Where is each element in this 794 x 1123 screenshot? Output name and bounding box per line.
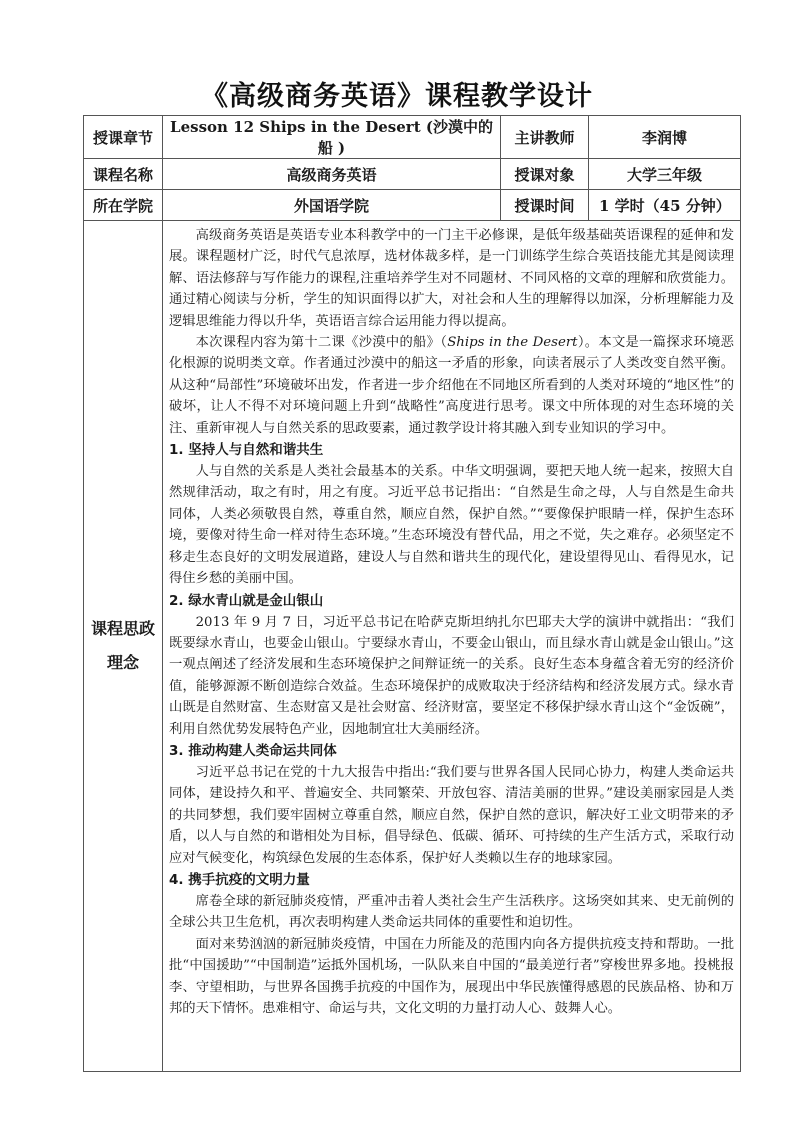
intro-paragraph-2: 本次课程内容为第十二课《沙漠中的船》（Ships in the Desert）。… xyxy=(169,332,734,439)
label-ideology: 课程思政 理念 xyxy=(84,221,163,1072)
course-design-table: 授课章节 Lesson 12 Ships in the Desert (沙漠中的… xyxy=(83,115,741,1072)
point-4-paragraph-2: 面对来势汹汹的新冠肺炎疫情，中国在力所能及的范围内向各方提供抗疫支持和帮助。一批… xyxy=(169,934,734,1020)
label-course-name: 课程名称 xyxy=(84,159,163,190)
value-course-name: 高级商务英语 xyxy=(163,159,501,190)
label-teacher: 主讲教师 xyxy=(501,116,589,159)
point-2-paragraph: 2013 年 9 月 7 日，习近平总书记在哈萨克斯坦纳扎尔巴耶夫大学的演讲中就… xyxy=(169,612,734,740)
point-1-heading: 1. 坚持人与自然和谐共生 xyxy=(169,439,734,461)
ideology-content: 高级商务英语是英语专业本科教学中的一门主干必修课，是低年级基础英语课程的延伸和发… xyxy=(163,221,741,1072)
value-duration: 1 学时（45 分钟） xyxy=(589,190,741,221)
document-title: 《高级商务英语》课程教学设计 xyxy=(0,74,794,113)
intro2-text-before: 本次课程内容为第十二课《沙漠中的船》（ xyxy=(196,335,448,350)
value-audience: 大学三年级 xyxy=(589,159,741,190)
intro2-italic-title: Ships in the Desert xyxy=(447,335,577,350)
intro-paragraph-1: 高级商务英语是英语专业本科教学中的一门主干必修课，是低年级基础英语课程的延伸和发… xyxy=(169,225,734,332)
value-chapter: Lesson 12 Ships in the Desert (沙漠中的船 ) xyxy=(163,116,501,159)
value-teacher: 李润博 xyxy=(589,116,741,159)
label-college: 所在学院 xyxy=(84,190,163,221)
point-2-heading: 2. 绿水青山就是金山银山 xyxy=(169,590,734,612)
label-ideology-line2: 理念 xyxy=(84,646,162,680)
table-row-chapter: 授课章节 Lesson 12 Ships in the Desert (沙漠中的… xyxy=(84,116,741,159)
value-college: 外国语学院 xyxy=(163,190,501,221)
table-row-ideology: 课程思政 理念 高级商务英语是英语专业本科教学中的一门主干必修课，是低年级基础英… xyxy=(84,221,741,1072)
point-3-heading: 3. 推动构建人类命运共同体 xyxy=(169,740,734,762)
table-row-course: 课程名称 高级商务英语 授课对象 大学三年级 xyxy=(84,159,741,190)
point-4-heading: 4. 携手抗疫的文明力量 xyxy=(169,869,734,891)
intro2-text-after: ）。本文是一篇探求环境恶化根源的说明类文章。作者通过沙漠中的船这一矛盾的形象，向… xyxy=(169,335,734,436)
label-chapter: 授课章节 xyxy=(84,116,163,159)
label-duration: 授课时间 xyxy=(501,190,589,221)
point-1-paragraph: 人与自然的关系是人类社会最基本的关系。中华文明强调，要把天地人统一起来，按照大自… xyxy=(169,461,734,589)
point-3-paragraph: 习近平总书记在党的十九大报告中指出:“我们要与世界各国人民同心协力，构建人类命运… xyxy=(169,762,734,869)
point-4-paragraph-1: 席卷全球的新冠肺炎疫情，严重冲击着人类社会生产生活秩序。这场突如其来、史无前例的… xyxy=(169,891,734,934)
label-audience: 授课对象 xyxy=(501,159,589,190)
table-row-college: 所在学院 外国语学院 授课时间 1 学时（45 分钟） xyxy=(84,190,741,221)
label-ideology-line1: 课程思政 xyxy=(84,612,162,646)
